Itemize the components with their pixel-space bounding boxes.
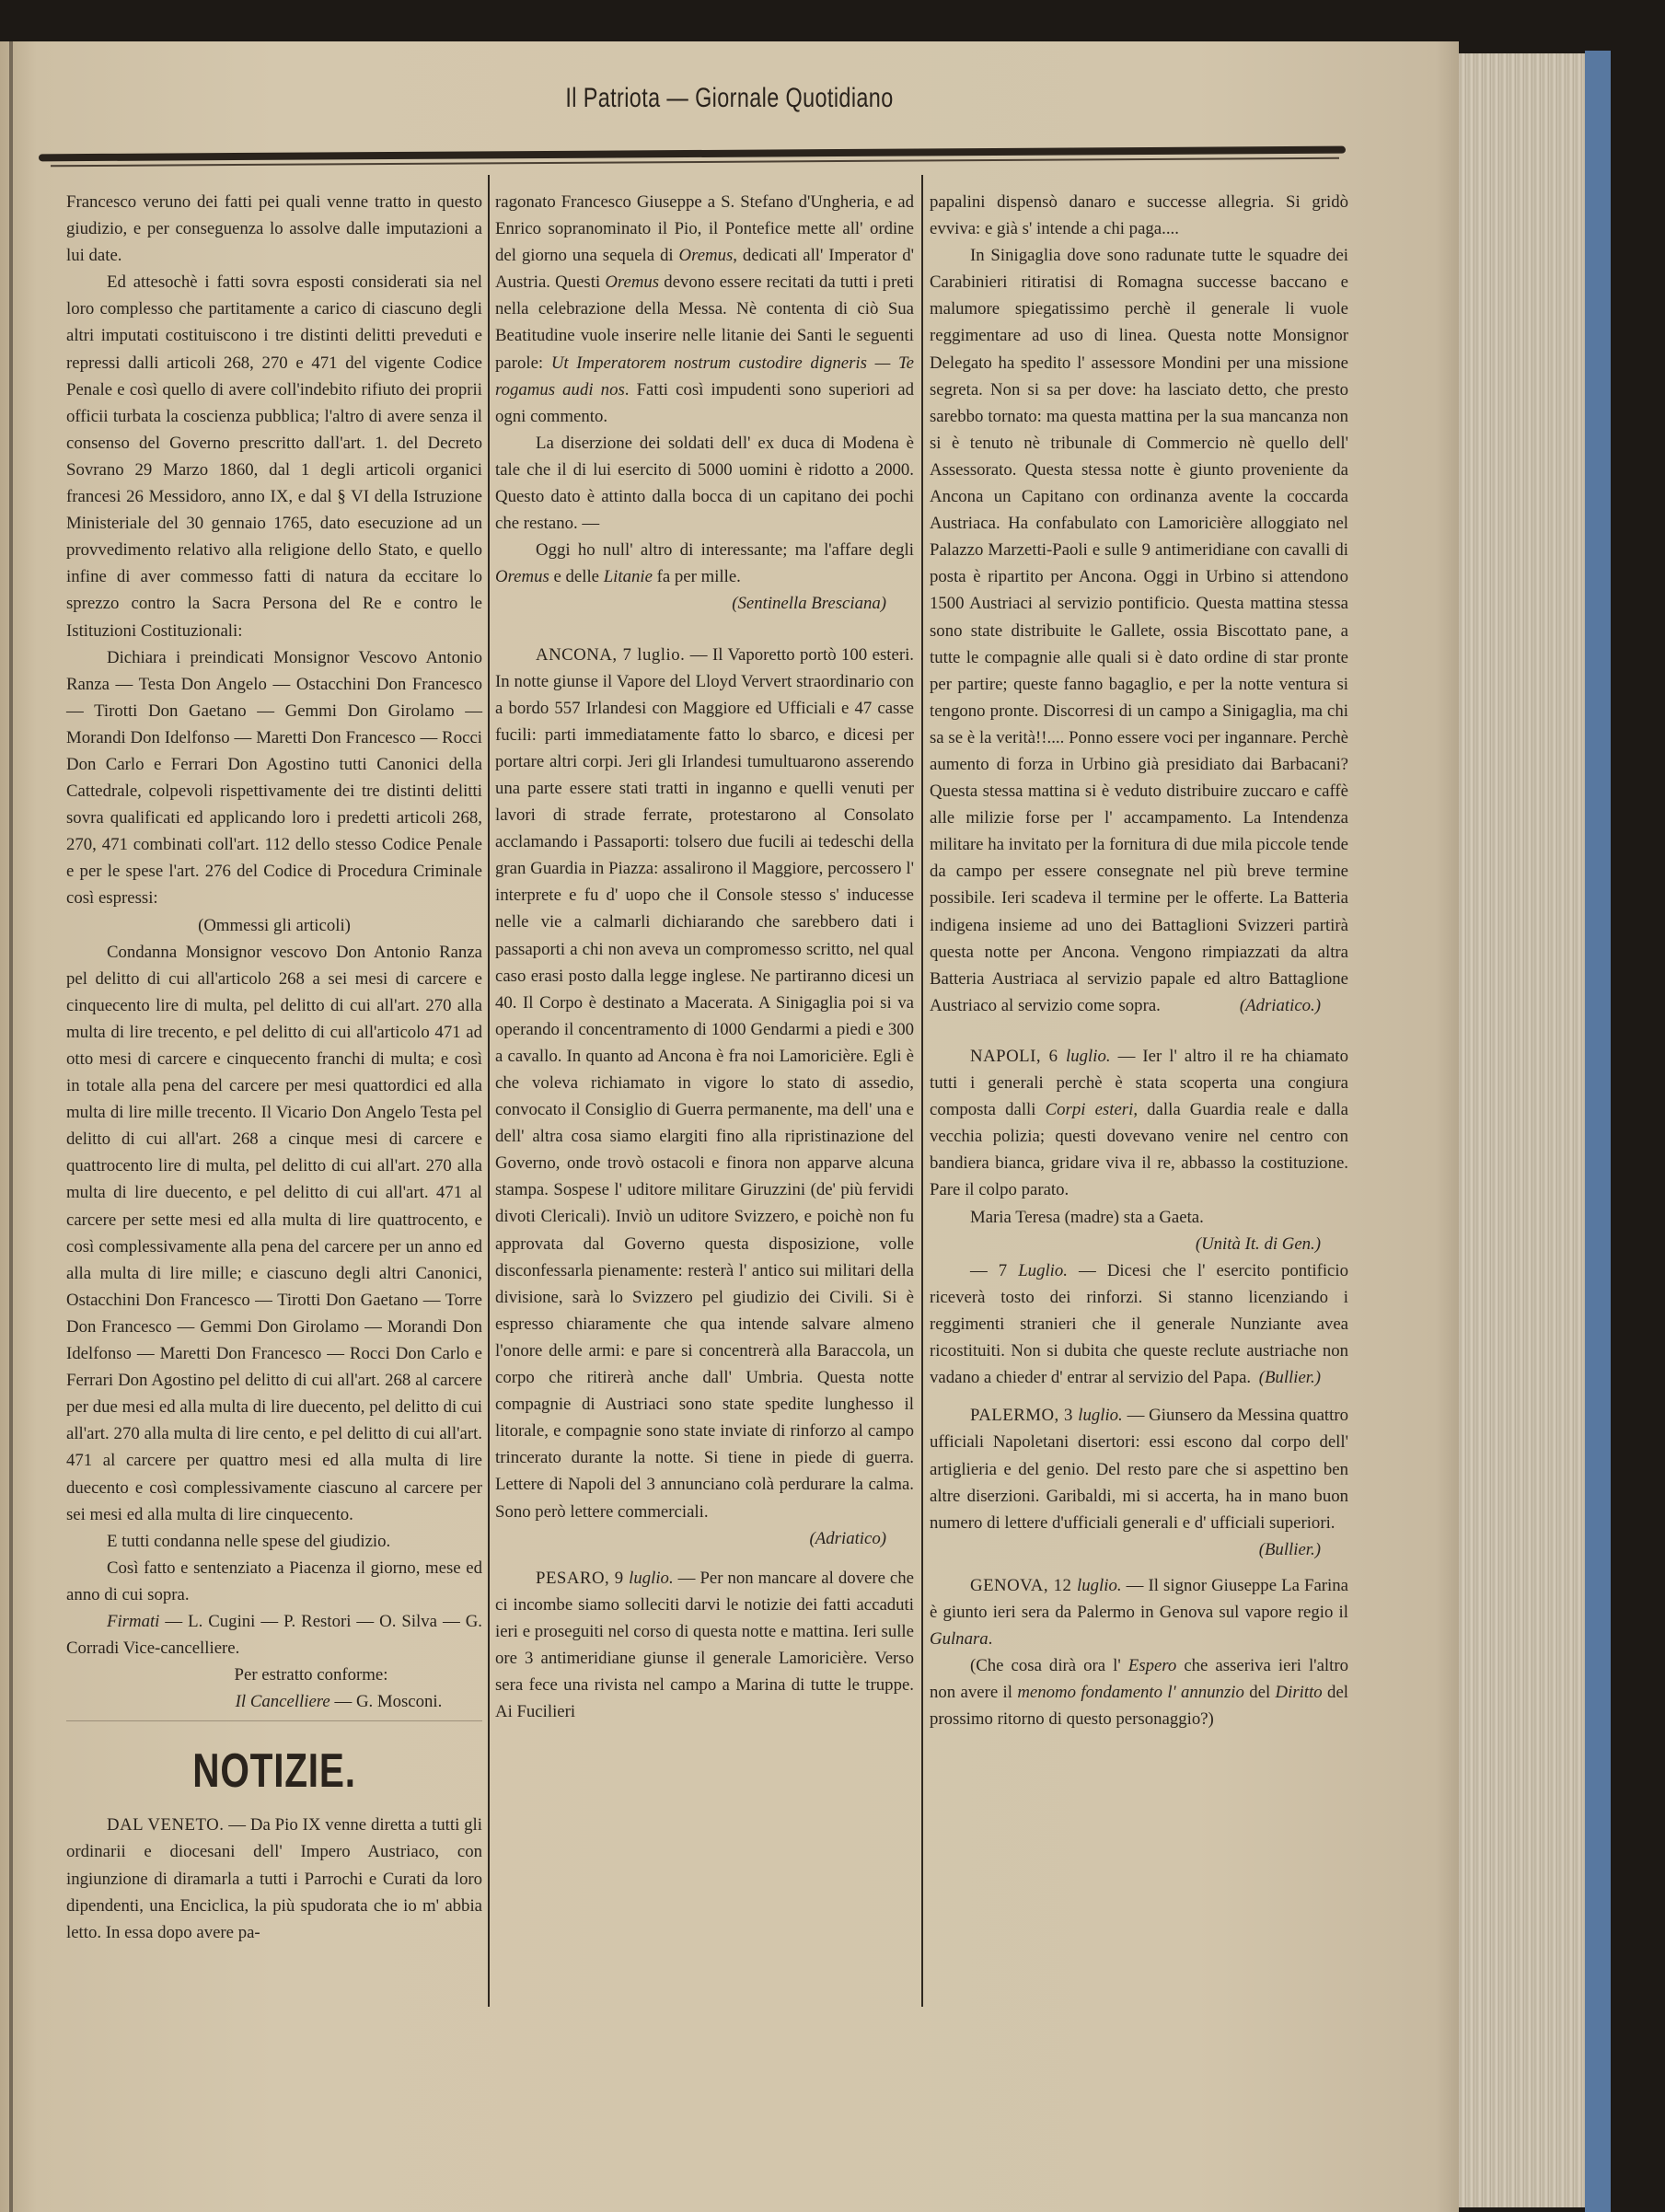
paragraph: Ed attesochè i fatti sovra esposti consi… (66, 269, 482, 643)
source-attribution: (Sentinella Bresciana) (495, 590, 914, 617)
source-rest: di Gen.) (1260, 1234, 1321, 1254)
newspaper-name: Diritto (1276, 1683, 1323, 1702)
editorial-comment: (Che cosa dirà ora l' Espero che asseriv… (930, 1652, 1348, 1732)
paragraph: Oggi ho null' altro di interessante; ma … (495, 537, 914, 590)
text: . (989, 1629, 993, 1649)
column-3: papalini dispensò danaro e successe alle… (930, 189, 1348, 1732)
news-item-genova: GENOVA, 12 luglio. — Il signor Giuseppe … (930, 1572, 1348, 1652)
news-item-pesaro: PESARO, 9 luglio. — Per non mancare al d… (495, 1565, 914, 1726)
dateline: GENOVA, 12 (970, 1576, 1077, 1595)
italic-term: Oremus (679, 246, 734, 265)
news-item-palermo: PALERMO, 3 luglio. — Giunsero da Messina… (930, 1402, 1348, 1535)
chancellor-name: — G. Mosconi. (330, 1692, 443, 1711)
text: e delle (549, 567, 604, 586)
paragraph: papalini dispensò danaro e successe alle… (930, 189, 1348, 242)
italic-term: Oremus (605, 272, 659, 292)
extract-note: Per estratto conforme: (66, 1662, 482, 1688)
dateline: NAPOLI, 6 (970, 1047, 1066, 1066)
dateline: DAL VENETO. (107, 1815, 224, 1835)
book-cover-edge (1585, 51, 1611, 2212)
italic-term: Oremus (495, 567, 549, 586)
paragraph: La diserzione dei soldati dell' ex duca … (495, 430, 914, 537)
source-name: Unità It. (1201, 1234, 1260, 1254)
news-text: — Per non mancare al dovere che ci incom… (495, 1569, 914, 1721)
dateline-month: luglio. (1066, 1047, 1111, 1066)
signed-label: Firmati (107, 1612, 159, 1631)
dateline-month: luglio. (629, 1569, 674, 1588)
paragraph: Maria Teresa (madre) sta a Gaeta. (930, 1204, 1348, 1231)
paragraph: Così fatto e sentenziato a Piacenza il g… (66, 1555, 482, 1608)
book-page-edges (1450, 53, 1597, 2207)
dateline-month: luglio. (1077, 1576, 1122, 1595)
paragraph: E tutti condanna nelle spese del giudizi… (66, 1528, 482, 1555)
dateline-month: Luglio. (1018, 1261, 1068, 1280)
news-text: — Il Vaporetto portò 100 esteri. In nott… (495, 645, 914, 1522)
paragraph: Condanna Monsignor vescovo Don Antonio R… (66, 939, 482, 1528)
source-attribution: (Unità It. di Gen.) (930, 1231, 1348, 1257)
column-1: Francesco veruno dei fatti pei quali ven… (66, 189, 482, 1946)
dateline: — 7 (970, 1261, 1018, 1280)
news-item-ancona: ANCONA, 7 luglio. — Il Vaporetto portò 1… (495, 642, 914, 1525)
dateline: PESARO, 9 (536, 1569, 629, 1588)
omitted-articles-note: (Ommessi gli articoli) (66, 912, 482, 939)
section-divider (66, 1720, 482, 1721)
column-divider-1 (488, 175, 490, 2007)
page-binding-edge (9, 41, 13, 2212)
signatures: Firmati — L. Cugini — P. Restori — O. Si… (66, 1608, 482, 1662)
source-attribution: (Adriatico) (495, 1525, 914, 1552)
chancellor-label: Il Cancelliere (236, 1692, 330, 1711)
newspaper-page: Il Patriota — Giornale Quotidiano France… (0, 41, 1459, 2212)
text: Oggi ho null' altro di interessante; ma … (536, 540, 914, 560)
paragraph: Dichiara i preindicati Monsignor Vescovo… (66, 644, 482, 912)
paragraph: Francesco veruno dei fatti pei quali ven… (66, 189, 482, 269)
section-heading-notizie: NOTIZIE. (112, 1738, 437, 1804)
text: fa per mille. (653, 567, 741, 586)
paragraph: In Sinigaglia dove sono radunate tutte l… (930, 242, 1348, 1019)
italic-term: Litanie (604, 567, 653, 586)
column-2: ragonato Francesco Giuseppe a S. Stefano… (495, 189, 914, 1725)
text: (Che cosa dirà ora l' (970, 1656, 1128, 1675)
masthead-title: Il Patriota — Giornale Quotidiano (160, 83, 1298, 114)
source-attribution: (Bullier.) (930, 1536, 1348, 1563)
italic-term: Corpi esteri (1046, 1100, 1134, 1119)
chancellor-signature: Il Cancelliere — G. Mosconi. (66, 1688, 482, 1715)
paragraph: ragonato Francesco Giuseppe a S. Stefano… (495, 189, 914, 430)
dateline: PALERMO, 3 (970, 1406, 1078, 1425)
newspaper-name: Espero (1128, 1656, 1177, 1675)
column-divider-2 (921, 175, 923, 2007)
news-item-veneto: DAL VENETO. — Da Pio IX venne diretta a … (66, 1812, 482, 1945)
ship-name: Gulnara (930, 1629, 989, 1649)
italic-phrase: menomo fondamento l' annunzio (1017, 1683, 1244, 1702)
dateline: ANCONA, 7 luglio. (536, 645, 685, 665)
news-item-napoli: NAPOLI, 6 luglio. — Ier l' altro il re h… (930, 1043, 1348, 1204)
text: del (1244, 1683, 1276, 1702)
dateline-month: luglio. (1078, 1406, 1123, 1425)
